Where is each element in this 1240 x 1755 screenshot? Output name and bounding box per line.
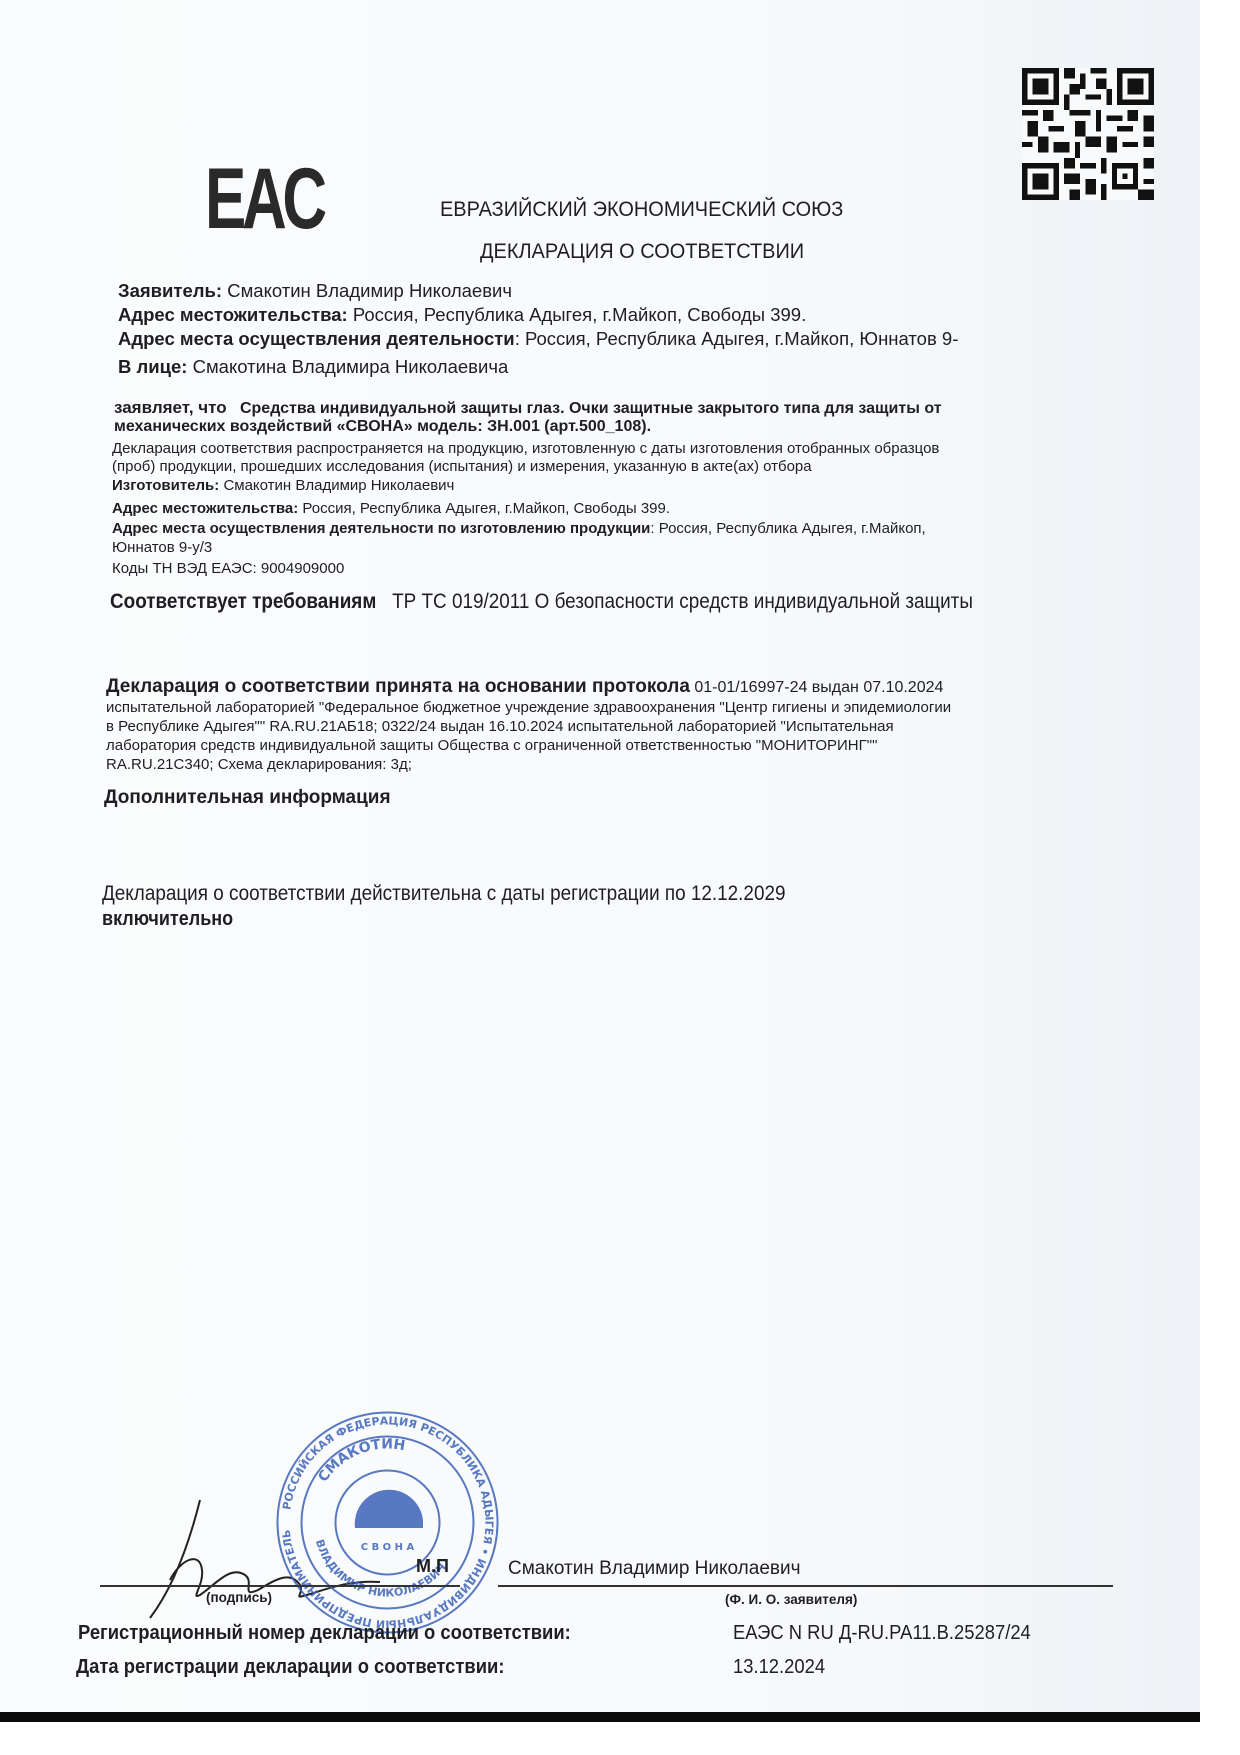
signature-caption: (подпись) xyxy=(206,1590,272,1605)
registration-date-label: Дата регистрации декларации о соответств… xyxy=(76,1656,504,1679)
basis-line-2: испытательной лабораторией "Федеральное … xyxy=(106,699,951,716)
scan-bottom-edge xyxy=(0,1712,1200,1722)
additional-info-heading: Дополнительная информация xyxy=(104,787,391,809)
manufacturer-line: Изготовитель: Смакотин Владимир Николаев… xyxy=(112,477,454,494)
basis-line-4: лаборатория средств индивидуальной защит… xyxy=(106,737,877,754)
basis-line-5: RA.RU.21С340; Схема декларирования: 3д; xyxy=(106,756,412,773)
scope-line-2: (проб) продукции, прошедших исследования… xyxy=(112,458,812,475)
union-name: ЕВРАЗИЙСКИЙ ЭКОНОМИЧЕСКИЙ СОЮЗ xyxy=(440,198,843,222)
manufacturer-activity-line-2: Юннатов 9-у/3 xyxy=(112,539,212,556)
name-caption: (Ф. И. О. заявителя) xyxy=(725,1592,857,1607)
applicant-line: Заявитель: Смакотин Владимир Николаевич xyxy=(118,280,512,302)
basis-line-1: Декларация о соответствии принята на осн… xyxy=(106,676,943,698)
validity-line-2: включительно xyxy=(102,908,233,931)
applicant-person-line: В лице: Смакотина Владимира Николаевича xyxy=(118,356,508,378)
declaration-page: EAC ЕВРАЗИЙСКИЙ ЭКОНОМИЧЕСКИЙ СОЮЗ ДЕКЛА… xyxy=(0,0,1200,1718)
eac-logo: EAC xyxy=(205,150,323,249)
validity-line-1: Декларация о соответствии действительна … xyxy=(102,882,785,906)
signature-line xyxy=(100,1585,460,1587)
applicant-activity-line: Адрес места осуществления деятельности: … xyxy=(118,328,958,350)
official-stamp: РОССИЙСКАЯ ФЕДЕРАЦИЯ РЕСПУБЛИКА АДЫГЕЯ •… xyxy=(275,1410,500,1635)
scope-line-1: Декларация соответствия распространяется… xyxy=(112,440,939,457)
document-title: ДЕКЛАРАЦИЯ О СООТВЕТСТВИИ xyxy=(480,240,804,264)
registration-date-value: 13.12.2024 xyxy=(733,1656,825,1679)
product-line-1: заявляет, что Средства индивидуальной за… xyxy=(114,398,942,418)
registration-number-label: Регистрационный номер декларации о соотв… xyxy=(78,1622,571,1645)
manufacturer-activity-line: Адрес места осуществления деятельности п… xyxy=(112,520,926,537)
name-line xyxy=(498,1585,1113,1587)
qr-code-icon xyxy=(1022,68,1154,200)
complies-line: Соответствует требованиям ТР ТС 019/2011… xyxy=(110,590,973,614)
tn-ved-codes: Коды ТН ВЭД ЕАЭС: 9004909000 xyxy=(112,560,344,577)
applicant-residence-line: Адрес местожительства: Россия, Республик… xyxy=(118,304,806,326)
basis-line-3: в Республике Адыгея"" RA.RU.21АБ18; 0322… xyxy=(106,718,894,735)
applicant-name: Смакотин Владимир Николаевич xyxy=(508,1558,801,1580)
stamp-mark-label: М.П xyxy=(416,1556,449,1577)
registration-number-value: ЕАЭС N RU Д-RU.РА11.В.25287/24 xyxy=(733,1622,1031,1645)
product-line-2: механических воздействий «СВОНА» модель:… xyxy=(114,418,651,436)
svg-text:С В О Н А: С В О Н А xyxy=(361,1542,415,1553)
manufacturer-residence-line: Адрес местожительства: Россия, Республик… xyxy=(112,500,670,517)
